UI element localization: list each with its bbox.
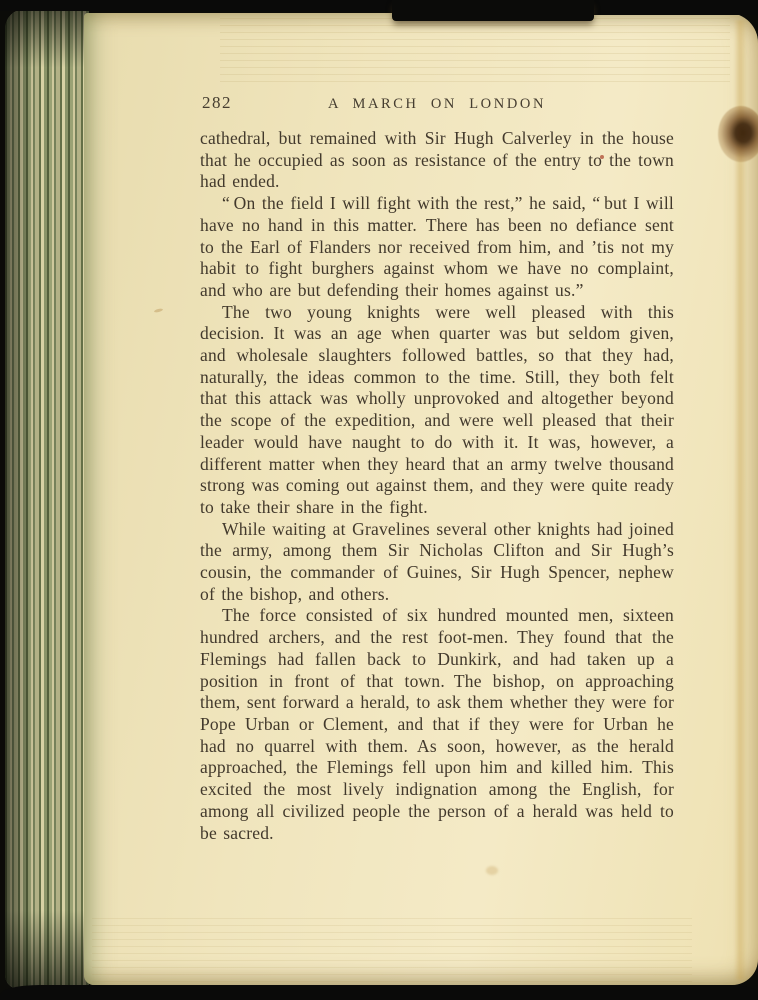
paper-texture-bottom bbox=[92, 918, 692, 982]
photo-border-top-right bbox=[590, 0, 758, 15]
photo-border-bottom bbox=[0, 985, 758, 1000]
running-header: A MARCH ON LONDON bbox=[200, 96, 674, 113]
paragraph: The force consisted of six hundred mount… bbox=[200, 605, 674, 844]
paragraph: “ On the field I will fight with the res… bbox=[200, 193, 674, 302]
paragraph: While waiting at Gravelines several othe… bbox=[200, 519, 674, 606]
paragraph: The two young knights were well pleased … bbox=[200, 302, 674, 519]
dark-notch bbox=[392, 0, 594, 21]
bottom-speck bbox=[486, 866, 498, 875]
page-stain bbox=[718, 106, 758, 162]
body-text: cathedral, but remained with Sir Hugh Ca… bbox=[200, 128, 674, 844]
paper-texture-top bbox=[220, 18, 730, 88]
book-page-stack-edge bbox=[5, 9, 89, 989]
book-scan: 282 A MARCH ON LONDON cathedral, but rem… bbox=[0, 0, 758, 1000]
paragraph: cathedral, but remained with Sir Hugh Ca… bbox=[200, 128, 674, 193]
page-crease bbox=[734, 20, 746, 980]
